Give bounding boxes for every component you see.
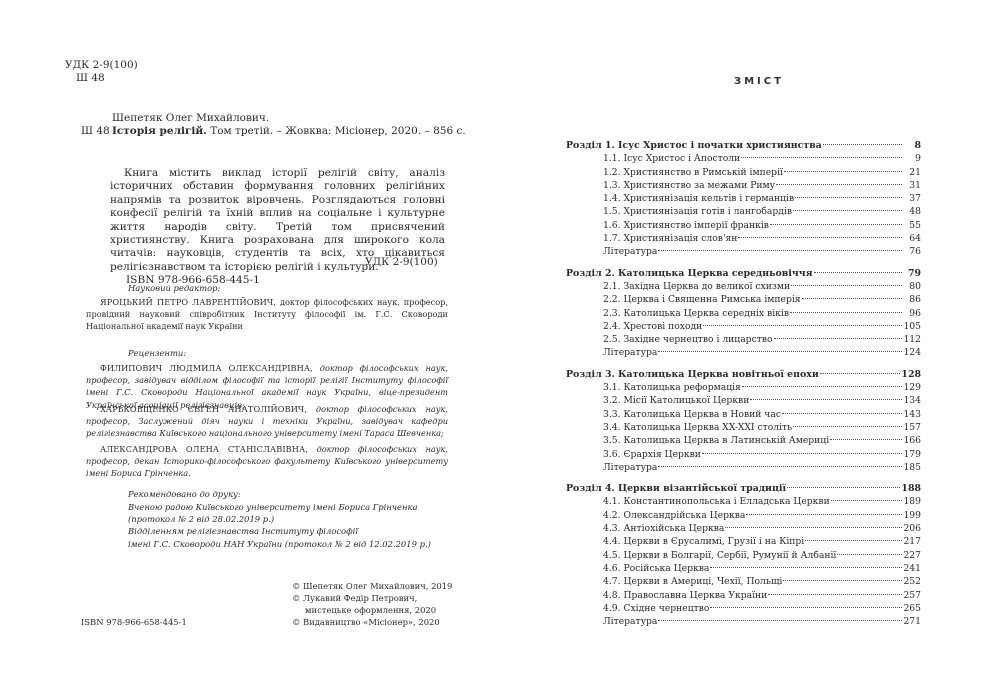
dot-leader bbox=[793, 209, 902, 211]
toc-entry-title: 1.7. Християнізація слов'ян bbox=[603, 232, 737, 245]
toc-entry-title: 3.1. Католицька реформація bbox=[603, 381, 741, 394]
dot-leader bbox=[710, 566, 902, 568]
toc-page-number: 166 bbox=[903, 434, 921, 447]
dot-leader bbox=[768, 593, 902, 595]
toc-page-number: 64 bbox=[903, 232, 921, 245]
toc-entry[interactable]: 2.2. Церква і Священна Римська імперія86 bbox=[566, 293, 921, 306]
toc-entry-title: 4.2. Олександрійська Церква bbox=[603, 509, 745, 522]
toc-page-number: 86 bbox=[903, 293, 921, 306]
recommended-line: імені Г.С. Сковороди НАН України (проток… bbox=[128, 538, 431, 550]
dot-leader bbox=[658, 619, 902, 621]
dot-leader bbox=[746, 513, 902, 515]
udk-bottom: УДК 2-9(100) bbox=[365, 256, 438, 269]
toc-entry[interactable]: 2.3. Католицька Церква середніх віків96 bbox=[566, 307, 921, 320]
copyright-line: © Лукавий Федір Петрович, bbox=[292, 592, 417, 604]
dot-leader bbox=[770, 223, 902, 225]
dot-leader bbox=[837, 553, 902, 555]
toc-page-number: 157 bbox=[903, 421, 921, 434]
reviewer-entry: АЛЕКСАНДРОВА ОЛЕНА СТАНІСЛАВІВНА, доктор… bbox=[86, 443, 448, 480]
toc-entry[interactable]: 4.6. Російська Церква241 bbox=[566, 562, 921, 575]
toc-entry-title: 1.5. Християнізація готів і лангобардів bbox=[603, 205, 792, 218]
toc-entry[interactable]: Література185 bbox=[566, 461, 921, 474]
toc-entry-title: 4.5. Церкви в Болгарії, Сербії, Румунії … bbox=[603, 549, 836, 562]
toc-entry[interactable]: 4.4. Церкви в Єрусалимі, Грузії і на Кіп… bbox=[566, 535, 921, 548]
toc-entry[interactable]: 4.2. Олександрійська Церква199 bbox=[566, 509, 921, 522]
toc-page-number: 76 bbox=[903, 245, 921, 258]
dot-leader bbox=[795, 196, 902, 198]
toc-entry-title: 4.3. Антіохійська Церква bbox=[603, 522, 724, 535]
toc-page-number: 134 bbox=[903, 394, 921, 407]
toc-page-number: 55 bbox=[903, 219, 921, 232]
dot-leader bbox=[703, 324, 902, 326]
toc-entry-title: 2.3. Католицька Церква середніх віків bbox=[603, 307, 789, 320]
dot-leader bbox=[791, 284, 902, 286]
toc-entry-title: 1.3. Християнство за межами Риму bbox=[603, 179, 775, 192]
toc-entry[interactable]: Література271 bbox=[566, 615, 921, 628]
dot-leader bbox=[774, 337, 903, 339]
toc-entry[interactable]: 1.7. Християнізація слов'ян64 bbox=[566, 232, 921, 245]
toc-chapter[interactable]: Розділ 2. Католицька Церква середньовічч… bbox=[566, 267, 921, 280]
toc-page-number: 105 bbox=[903, 320, 921, 333]
toc-page-number: 188 bbox=[901, 482, 921, 495]
toc-section: Розділ 4. Церкви візантійської традиції1… bbox=[566, 482, 921, 628]
toc-page-number: 31 bbox=[903, 179, 921, 192]
toc-entry-title: 4.4. Церкви в Єрусалимі, Грузії і на Кіп… bbox=[603, 535, 804, 548]
toc-page-number: 128 bbox=[901, 368, 921, 381]
toc-entry-title: Література bbox=[603, 346, 657, 359]
toc-entry-title: Література bbox=[603, 615, 657, 628]
dot-leader bbox=[823, 143, 902, 145]
toc-entry[interactable]: 1.4. Християнізація кельтів і германців3… bbox=[566, 192, 921, 205]
toc-page-number: 179 bbox=[903, 448, 921, 461]
toc-entry[interactable]: 2.4. Хрестові походи105 bbox=[566, 320, 921, 333]
toc-chapter[interactable]: Розділ 1. Ісус Христос і початки христия… bbox=[566, 139, 921, 152]
dot-leader bbox=[725, 526, 902, 528]
toc-entry[interactable]: 3.1. Католицька реформація129 bbox=[566, 381, 921, 394]
dot-leader bbox=[830, 438, 902, 440]
recommended-line: (протокол № 2 від 28.02.2019 р.) bbox=[128, 513, 274, 525]
toc-entry[interactable]: 3.2. Місії Католицької Церкви134 bbox=[566, 394, 921, 407]
dot-leader bbox=[658, 465, 902, 467]
author-name: Шепетяк Олег Михайлович. bbox=[112, 112, 269, 125]
toc-entry[interactable]: 4.3. Антіохійська Церква206 bbox=[566, 522, 921, 535]
toc-page-number: 257 bbox=[903, 589, 921, 602]
copyright-line: мистецьке оформлення, 2020 bbox=[305, 604, 436, 616]
dot-leader bbox=[710, 606, 902, 608]
udk-top: УДК 2-9(100) bbox=[65, 59, 138, 72]
toc-entry-title: 1.1. Ісус Христос і Апостоли bbox=[603, 152, 740, 165]
toc-page-number: 9 bbox=[903, 152, 921, 165]
library-code-side: Ш 48 bbox=[81, 125, 110, 138]
toc-page-number: 80 bbox=[903, 280, 921, 293]
toc-page-number: 227 bbox=[903, 549, 921, 562]
editor-label: Науковий редактор: bbox=[128, 282, 220, 294]
dot-leader bbox=[782, 412, 902, 414]
copyright-line: © Видавництво «Місіонер», 2020 bbox=[292, 616, 440, 628]
toc-page-number: 199 bbox=[903, 509, 921, 522]
editor-entry: ЯРОЦЬКИЙ ПЕТРО ЛАВРЕНТІЙОВИЧ, доктор філ… bbox=[86, 296, 448, 333]
toc-entry[interactable]: 2.5. Західне чернецтво і лицарство112 bbox=[566, 333, 921, 346]
toc-entry-title: 3.2. Місії Католицької Церкви bbox=[603, 394, 749, 407]
annotation: Книга містить виклад історії релігій сві… bbox=[110, 167, 445, 288]
reviewer-entry: ХАРЬКОВЩЕНКО ЄВГЕН АНАТОЛІЙОВИЧ, доктор … bbox=[86, 403, 448, 440]
dot-leader bbox=[787, 486, 900, 488]
toc-entry-title: Розділ 2. Католицька Церква середньовічч… bbox=[566, 267, 813, 280]
toc-page-number: 189 bbox=[903, 495, 921, 508]
toc-entry[interactable]: 1.2. Християнство в Римській імперії21 bbox=[566, 166, 921, 179]
dot-leader bbox=[741, 156, 902, 158]
dot-leader bbox=[805, 539, 902, 541]
toc-entry-title: 4.1. Константинопольська і Елладська Цер… bbox=[603, 495, 830, 508]
editor-name: ЯРОЦЬКИЙ ПЕТРО ЛАВРЕНТІЙОВИЧ, bbox=[100, 297, 276, 307]
toc-entry[interactable]: 1.1. Ісус Христос і Апостоли9 bbox=[566, 152, 921, 165]
dot-leader bbox=[776, 183, 902, 185]
toc-section: Розділ 1. Ісус Христос і початки христия… bbox=[566, 139, 921, 259]
toc-page-number: 271 bbox=[903, 615, 921, 628]
dot-leader bbox=[814, 271, 903, 273]
toc-entry[interactable]: 3.4. Католицька Церква XX-XXI століть157 bbox=[566, 421, 921, 434]
toc-chapter[interactable]: Розділ 4. Церкви візантійської традиції1… bbox=[566, 482, 921, 495]
dot-leader bbox=[802, 297, 902, 299]
toc-entry[interactable]: 4.7. Церкви в Америці, Чехії, Польщі252 bbox=[566, 575, 921, 588]
toc-entry[interactable]: Література76 bbox=[566, 245, 921, 258]
table-of-contents: Розділ 1. Ісус Христос і початки христия… bbox=[566, 139, 921, 636]
reviewers-label: Рецензенти: bbox=[128, 347, 186, 359]
toc-entry[interactable]: 4.8. Православна Церква України257 bbox=[566, 589, 921, 602]
reviewer-name: ФИЛИПОВИЧ ЛЮДМИЛА ОЛЕКСАНДРІВНА, bbox=[100, 363, 313, 373]
dot-leader bbox=[820, 372, 901, 374]
toc-entry[interactable]: 4.9. Східне чернецтво265 bbox=[566, 602, 921, 615]
dot-leader bbox=[658, 249, 902, 251]
toc-entry[interactable]: 1.3. Християнство за межами Риму31 bbox=[566, 179, 921, 192]
bibliographic-entry: Історія релігій. Том третій. – Жовква: М… bbox=[112, 125, 466, 138]
copyright-line: © Шепетяк Олег Михайлович, 2019 bbox=[292, 580, 452, 592]
book-title: Історія релігій. bbox=[112, 125, 207, 137]
toc-page-number: 129 bbox=[903, 381, 921, 394]
isbn-bottom: ISBN 978-966-658-445-1 bbox=[81, 616, 187, 628]
recommended-line: Відділенням релігієзнавства Інституту фі… bbox=[128, 525, 358, 537]
toc-title: ЗМІСТ bbox=[734, 76, 794, 87]
toc-entry[interactable]: 2.1. Західна Церква до великої схизми80 bbox=[566, 280, 921, 293]
toc-entry-title: 1.6. Християнство імперії франків bbox=[603, 219, 769, 232]
dot-leader bbox=[658, 350, 902, 352]
toc-entry-title: 2.2. Церква і Священна Римська імперія bbox=[603, 293, 801, 306]
toc-page-number: 79 bbox=[903, 267, 921, 280]
toc-entry-title: Література bbox=[603, 245, 657, 258]
toc-entry-title: Розділ 1. Ісус Христос і початки христия… bbox=[566, 139, 822, 152]
dot-leader bbox=[783, 579, 902, 581]
toc-page-number: 143 bbox=[903, 408, 921, 421]
toc-page-number: 112 bbox=[903, 333, 921, 346]
dot-leader bbox=[831, 499, 902, 501]
toc-page-number: 124 bbox=[903, 346, 921, 359]
toc-entry[interactable]: 3.5. Католицька Церква в Латинській Амер… bbox=[566, 434, 921, 447]
toc-page-number: 185 bbox=[903, 461, 921, 474]
toc-entry[interactable]: 4.5. Церкви в Болгарії, Сербії, Румунії … bbox=[566, 549, 921, 562]
toc-page-number: 48 bbox=[903, 205, 921, 218]
toc-entry-title: 2.4. Хрестові походи bbox=[603, 320, 702, 333]
toc-page-number: 265 bbox=[903, 602, 921, 615]
toc-entry[interactable]: 1.5. Християнізація готів і лангобардів4… bbox=[566, 205, 921, 218]
toc-entry-title: 3.5. Католицька Церква в Латинській Амер… bbox=[603, 434, 829, 447]
toc-entry-title: 2.1. Західна Церква до великої схизми bbox=[603, 280, 790, 293]
toc-entry-title: 3.6. Єрархія Церкви bbox=[603, 448, 701, 461]
toc-section: Розділ 3. Католицька Церква новітньої еп… bbox=[566, 368, 921, 474]
toc-entry-title: Розділ 3. Католицька Церква новітньої еп… bbox=[566, 368, 819, 381]
dot-leader bbox=[790, 311, 902, 313]
imprint-page: УДК 2-9(100) Ш 48 Шепетяк Олег Михайлови… bbox=[0, 0, 500, 697]
toc-section: Розділ 2. Католицька Церква середньовічч… bbox=[566, 267, 921, 360]
toc-entry[interactable]: Література124 bbox=[566, 346, 921, 359]
toc-entry[interactable]: 1.6. Християнство імперії франків55 bbox=[566, 219, 921, 232]
dot-leader bbox=[750, 398, 902, 400]
dot-leader bbox=[784, 170, 902, 172]
toc-page-number: 37 bbox=[903, 192, 921, 205]
toc-entry-title: 3.3. Католицька Церква в Новий час bbox=[603, 408, 781, 421]
toc-page-number: 252 bbox=[903, 575, 921, 588]
dot-leader bbox=[738, 236, 902, 238]
toc-entry-title: 3.4. Католицька Церква XX-XXI століть bbox=[603, 421, 792, 434]
toc-entry-title: 4.8. Православна Церква України bbox=[603, 589, 767, 602]
toc-page-number: 217 bbox=[903, 535, 921, 548]
toc-entry-title: 4.6. Російська Церква bbox=[603, 562, 709, 575]
recommended-line: Вченою радою Київського університету іме… bbox=[128, 501, 418, 513]
toc-entry-title: 1.2. Християнство в Римській імперії bbox=[603, 166, 783, 179]
recommended-label: Рекомендовано до друку: bbox=[128, 488, 241, 500]
toc-entry-title: 4.7. Церкви в Америці, Чехії, Польщі bbox=[603, 575, 782, 588]
toc-page-number: 241 bbox=[903, 562, 921, 575]
reviewer-name: АЛЕКСАНДРОВА ОЛЕНА СТАНІСЛАВІВНА, bbox=[100, 444, 308, 454]
dot-leader bbox=[702, 452, 902, 454]
toc-entry-title: 4.9. Східне чернецтво bbox=[603, 602, 709, 615]
toc-page-number: 96 bbox=[903, 307, 921, 320]
toc-chapter[interactable]: Розділ 3. Католицька Церква новітньої еп… bbox=[566, 368, 921, 381]
toc-entry[interactable]: 4.1. Константинопольська і Елладська Цер… bbox=[566, 495, 921, 508]
library-code-top: Ш 48 bbox=[76, 72, 105, 85]
toc-entry[interactable]: 3.3. Католицька Церква в Новий час143 bbox=[566, 408, 921, 421]
toc-page-number: 8 bbox=[903, 139, 921, 152]
toc-entry-title: Література bbox=[603, 461, 657, 474]
dot-leader bbox=[742, 385, 902, 387]
toc-entry[interactable]: 3.6. Єрархія Церкви179 bbox=[566, 448, 921, 461]
dot-leader bbox=[793, 425, 902, 427]
toc-entry-title: 2.5. Західне чернецтво і лицарство bbox=[603, 333, 773, 346]
book-imprint: Том третій. – Жовква: Місіонер, 2020. – … bbox=[210, 125, 466, 137]
reviewer-name: ХАРЬКОВЩЕНКО ЄВГЕН АНАТОЛІЙОВИЧ, bbox=[100, 404, 307, 414]
toc-page-number: 206 bbox=[903, 522, 921, 535]
toc-page-number: 21 bbox=[903, 166, 921, 179]
toc-entry-title: Розділ 4. Церкви візантійської традиції bbox=[566, 482, 786, 495]
toc-entry-title: 1.4. Християнізація кельтів і германців bbox=[603, 192, 794, 205]
